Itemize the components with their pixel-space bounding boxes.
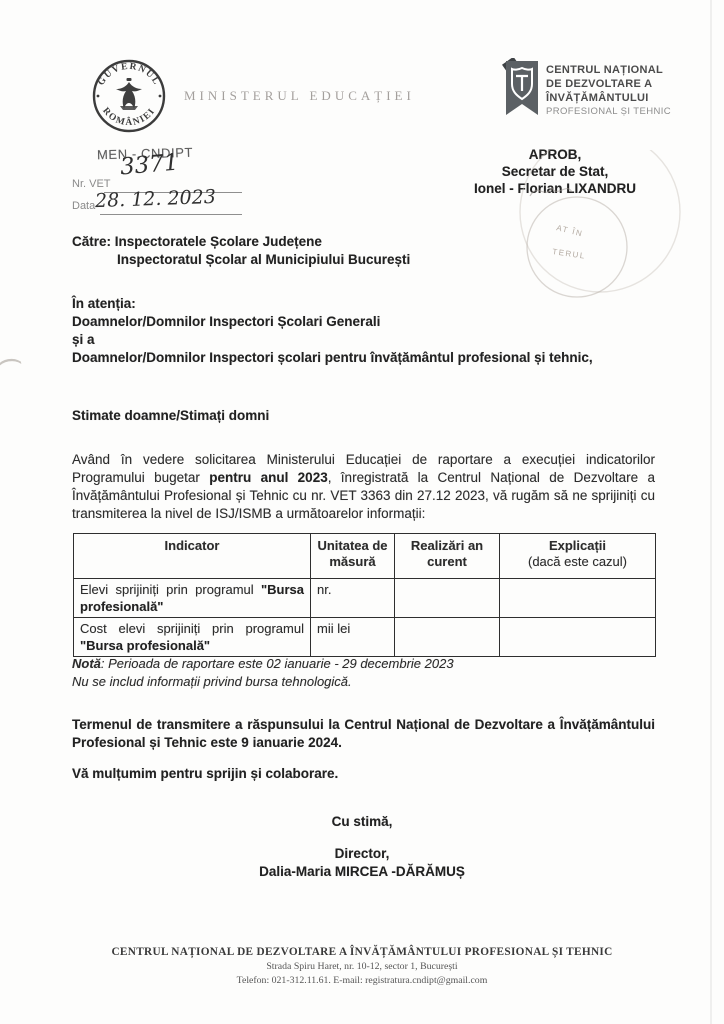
ministry-name: MINISTERUL EDUCAȚIEI bbox=[184, 88, 415, 104]
indicator-text-bold: "Bursa profesională" bbox=[80, 638, 210, 653]
indicator-cell: Cost elevi sprijiniți prin programul "Bu… bbox=[74, 618, 311, 657]
recipient-name-1: Inspectoratele Școlare Județene bbox=[115, 234, 322, 249]
table-header-row: Indicator Unitatea de măsură Realizări a… bbox=[74, 534, 656, 579]
body-paragraph: Având în vedere solicitarea Ministerului… bbox=[72, 451, 655, 523]
logo-line-3: ÎNVĂȚĂMÂNTULUI bbox=[546, 91, 671, 105]
current-value-cell bbox=[395, 618, 500, 657]
deadline-paragraph: Termenul de transmitere a răspunsului la… bbox=[72, 716, 655, 752]
closing-name: Dalia-Maria MIRCEA -DĂRĂMUȘ bbox=[0, 863, 724, 881]
note-line-2: Nu se includ informații privind bursa te… bbox=[72, 673, 454, 691]
col-header-explanation-sub: (dacă este cazul) bbox=[506, 554, 649, 570]
attention-line-3: Doamnelor/Domnilor Inspectori școlari pe… bbox=[72, 349, 593, 367]
approval-title: Secretar de Stat, bbox=[430, 163, 680, 180]
indicators-table: Indicator Unitatea de măsură Realizări a… bbox=[73, 533, 656, 657]
logo-line-1: CENTRUL NAȚIONAL bbox=[546, 63, 671, 77]
explanation-cell bbox=[500, 618, 656, 657]
indicator-text: Elevi sprijiniți prin programul bbox=[80, 582, 261, 597]
closing-signature-block: Director, Dalia-Maria MIRCEA -DĂRĂMUȘ bbox=[0, 845, 724, 881]
indicator-text: Cost elevi sprijiniți prin programul bbox=[80, 621, 304, 636]
col-header-unit: Unitatea de măsură bbox=[311, 534, 395, 579]
unit-cell: nr. bbox=[311, 579, 395, 618]
approval-block: APROB, Secretar de Stat, Ionel - Florian… bbox=[430, 146, 680, 197]
indicator-cell: Elevi sprijiniți prin programul "Bursa p… bbox=[74, 579, 311, 618]
closing-regards: Cu stimă, bbox=[0, 813, 724, 831]
current-value-cell bbox=[395, 579, 500, 618]
stamp-text-fragment: TERUL bbox=[552, 247, 587, 261]
recipient-line-2: Inspectoratul Școlar al Municipiului Buc… bbox=[117, 251, 410, 269]
salutation: Stimate doamne/Stimați domni bbox=[72, 407, 269, 425]
closing-title: Director, bbox=[0, 845, 724, 863]
registration-number-value: 3371 bbox=[119, 149, 180, 180]
unit-cell: mii lei bbox=[311, 618, 395, 657]
cndipt-banner-icon bbox=[502, 58, 542, 124]
registration-date-line bbox=[100, 214, 242, 215]
table-row: Cost elevi sprijiniți prin programul "Bu… bbox=[74, 618, 656, 657]
cndipt-logo-text: CENTRUL NAȚIONAL DE DEZVOLTARE A ÎNVĂȚĂM… bbox=[546, 63, 671, 117]
logo-line-4: PROFESIONAL ȘI TEHNIC bbox=[546, 106, 671, 117]
registration-number-label: Nr. VET bbox=[72, 178, 111, 190]
thanks-line: Vă mulțumim pentru sprijin și colaborare… bbox=[72, 765, 338, 783]
footer-org-name: CENTRUL NAȚIONAL DE DEZVOLTARE A ÎNVĂȚĂM… bbox=[0, 946, 724, 958]
attention-line-1: Doamnelor/Domnilor Inspectori Școlari Ge… bbox=[72, 313, 593, 331]
col-header-explanation: Explicații (dacă este cazul) bbox=[500, 534, 656, 579]
logo-line-2: DE DEZVOLTARE A bbox=[546, 77, 671, 91]
footer: CENTRUL NAȚIONAL DE DEZVOLTARE A ÎNVĂȚĂM… bbox=[0, 946, 724, 988]
approval-name: Ionel - Florian LIXANDRU bbox=[430, 180, 680, 197]
attention-block: În atenția: Doamnelor/Domnilor Inspector… bbox=[72, 295, 593, 367]
eagle-emblem bbox=[116, 78, 142, 110]
note-label: Notă bbox=[72, 656, 101, 671]
explanation-cell bbox=[500, 579, 656, 618]
note-block: Notă: Perioada de raportare este 02 ianu… bbox=[72, 655, 454, 690]
scanned-letter-page: GUVERNUL ROMÂNIEI MINISTERUL EDUCAȚIEI C… bbox=[0, 0, 724, 1024]
table-row: Elevi sprijiniți prin programul "Bursa p… bbox=[74, 579, 656, 618]
note-text: : Perioada de raportare este 02 ianuarie… bbox=[101, 656, 454, 671]
note-line-1: Notă: Perioada de raportare este 02 ianu… bbox=[72, 655, 454, 673]
registration-date-label: Data bbox=[72, 200, 95, 212]
col-header-explanation-title: Explicații bbox=[549, 538, 606, 553]
col-header-indicator: Indicator bbox=[74, 534, 311, 579]
registration-date-value: 28. 12. 2023 bbox=[95, 186, 217, 212]
approval-word: APROB, bbox=[430, 146, 680, 163]
scan-artifact: ( bbox=[0, 355, 26, 369]
recipient-label: Către: bbox=[72, 234, 111, 249]
footer-contact: Telefon: 021-312.11.61. E-mail: registra… bbox=[0, 974, 724, 988]
government-seal-icon: GUVERNUL ROMÂNIEI bbox=[90, 56, 168, 136]
col-header-current: Realizări an curent bbox=[395, 534, 500, 579]
recipient-line-1: Către: Inspectoratele Școlare Județene bbox=[72, 233, 322, 251]
stamp-text-fragment: AT ÎN bbox=[556, 223, 585, 238]
body-text-bold: pentru anul 2023 bbox=[209, 470, 327, 485]
footer-address: Strada Spiru Haret, nr. 10-12, sector 1,… bbox=[0, 960, 724, 974]
attention-label: În atenția: bbox=[72, 295, 593, 313]
attention-line-2: și a bbox=[72, 331, 593, 349]
